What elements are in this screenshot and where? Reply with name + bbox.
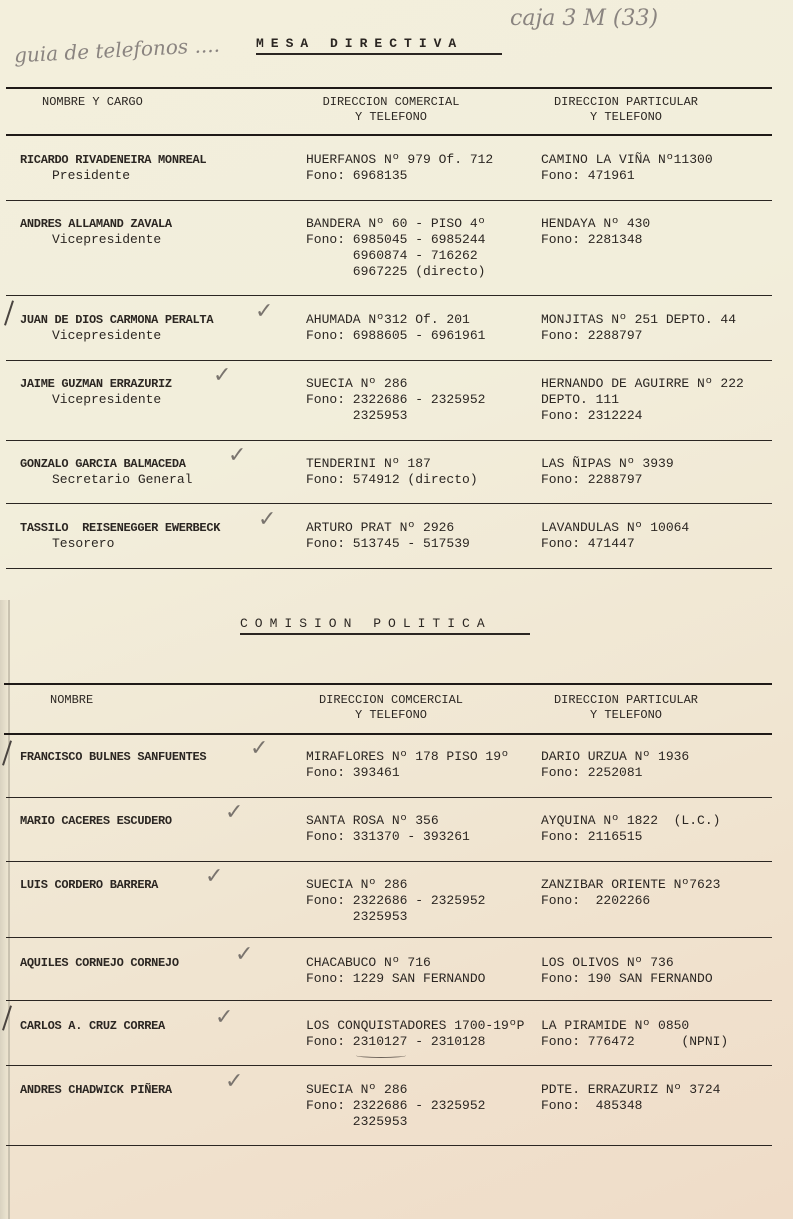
member-role: Vicepresidente [20,392,172,408]
member-name: LUIS CORDERO BARRERA [20,877,158,893]
handwritten-note-caja: caja 3 M (33) [510,6,658,31]
header-top-rule [6,87,772,89]
commercial-address: CHACABUCO Nº 716 Fono: 1229 SAN FERNANDO [306,955,485,987]
checkmark-icon: ✓ [225,805,243,821]
member-cell: MARIO CACERES ESCUDERO [20,813,172,829]
checkmark-icon: ✓ [250,741,268,757]
member-name: AQUILES CORNEJO CORNEJO [20,955,179,971]
header-private-comision: DIRECCION PARTICULAR Y TELEFONO [541,693,711,723]
checkmark-icon: ✓ [258,512,276,528]
member-name: FRANCISCO BULNES SANFUENTES [20,749,206,765]
member-role: Tesorero [20,536,220,552]
member-cell: ANDRES ALLAMAND ZAVALAVicepresidente [20,216,172,248]
commercial-address: SUECIA Nº 286 Fono: 2322686 - 2325952 23… [306,376,485,424]
member-cell: RICARDO RIVADENEIRA MONREALPresidente [20,152,206,184]
row-divider [6,1000,772,1001]
row-divider [6,861,772,862]
member-cell: JAIME GUZMAN ERRAZURIZVicepresidente [20,376,172,408]
member-role: Secretario General [20,472,192,488]
member-name: JAIME GUZMAN ERRAZURIZ [20,376,172,392]
private-address: HERNANDO DE AGUIRRE Nº 222 DEPTO. 111 Fo… [541,376,744,424]
commercial-address: LOS CONQUISTADORES 1700-19ºP Fono: 23101… [306,1018,524,1050]
row-divider [6,568,772,569]
checkmark-icon: ✓ [215,1010,233,1026]
checkmark-icon: ✓ [205,869,223,885]
member-name: TASSILO REISENEGGER EWERBECK [20,520,220,536]
commercial-address: SANTA ROSA Nº 356 Fono: 331370 - 393261 [306,813,470,845]
private-address: PDTE. ERRAZURIZ Nº 3724 Fono: 485348 [541,1082,720,1114]
private-address: LOS OLIVOS Nº 736 Fono: 190 SAN FERNANDO [541,955,713,987]
checkmark-icon: ✓ [228,448,246,464]
row-divider [6,295,772,296]
private-address: AYQUINA Nº 1822 (L.C.) Fono: 2116515 [541,813,720,845]
row-divider [6,1065,772,1066]
header-commercial-line1: DIRECCION COMERCIAL [306,95,476,110]
commercial-address: HUERFANOS Nº 979 Of. 712 Fono: 6968135 [306,152,493,184]
commercial-address: TENDERINI Nº 187 Fono: 574912 (directo) [306,456,478,488]
row-divider [6,440,772,441]
private-address: MONJITAS Nº 251 DEPTO. 44 Fono: 2288797 [541,312,736,344]
private-address: ZANZIBAR ORIENTE Nº7623 Fono: 2202266 [541,877,720,909]
header-top-rule-2 [4,683,772,685]
header-private-line2: Y TELEFONO [541,110,711,125]
header-commercial-line1: DIRECCION COMCERCIAL [306,693,476,708]
member-cell: CARLOS A. CRUZ CORREA [20,1018,165,1034]
section-title-mesa-directiva: MESA DIRECTIVA [256,36,502,55]
handwritten-note-guia: guia de telefonos .... [14,33,221,68]
member-role: Vicepresidente [20,328,213,344]
private-address: LA PIRAMIDE Nº 0850 Fono: 776472 (NPNI) [541,1018,728,1050]
member-role: Presidente [20,168,206,184]
checkmark-icon: ✓ [225,1074,243,1090]
margin-tick-icon [4,300,14,325]
commercial-address: SUECIA Nº 286 Fono: 2322686 - 2325952 23… [306,877,485,925]
private-address: LAS ÑIPAS Nº 3939 Fono: 2288797 [541,456,674,488]
row-divider [6,200,772,201]
row-divider [6,360,772,361]
header-private-line2: Y TELEFONO [541,708,711,723]
checkmark-icon: ✓ [235,947,253,963]
header-private-line1: DIRECCION PARTICULAR [541,693,711,708]
commercial-address: AHUMADA Nº312 Of. 201 Fono: 6988605 - 69… [306,312,485,344]
member-cell: GONZALO GARCIA BALMACEDASecretario Gener… [20,456,192,488]
section-title-comision-politica: COMISION POLITICA [240,616,530,635]
header-private-line1: DIRECCION PARTICULAR [541,95,711,110]
member-name: JUAN DE DIOS CARMONA PERALTA [20,312,213,328]
commercial-address: SUECIA Nº 286 Fono: 2322686 - 2325952 23… [306,1082,485,1130]
header-bottom-rule [6,134,772,136]
member-name: ANDRES ALLAMAND ZAVALA [20,216,172,232]
header-private-mesa: DIRECCION PARTICULAR Y TELEFONO [541,95,711,125]
header-name-comision: NOMBRE [50,693,93,708]
row-divider [6,937,772,938]
header-bottom-rule-2 [4,733,772,735]
commercial-address: BANDERA Nº 60 - PISO 4º Fono: 6985045 - … [306,216,485,280]
header-commercial-mesa: DIRECCION COMERCIAL Y TELEFONO [306,95,476,125]
member-cell: LUIS CORDERO BARRERA [20,877,158,893]
header-commercial-line2: Y TELEFONO [306,708,476,723]
member-name: GONZALO GARCIA BALMACEDA [20,456,192,472]
handwritten-underline [356,1053,406,1058]
checkmark-icon: ✓ [213,368,231,384]
member-name: CARLOS A. CRUZ CORREA [20,1018,165,1034]
private-address: HENDAYA Nº 430 Fono: 2281348 [541,216,650,248]
private-address: CAMINO LA VIÑA Nº11300 Fono: 471961 [541,152,713,184]
member-name: ANDRES CHADWICK PIÑERA [20,1082,172,1098]
header-commercial-comision: DIRECCION COMCERCIAL Y TELEFONO [306,693,476,723]
header-name-mesa: NOMBRE Y CARGO [42,95,143,110]
member-name: RICARDO RIVADENEIRA MONREAL [20,152,206,168]
member-role: Vicepresidente [20,232,172,248]
commercial-address: ARTURO PRAT Nº 2926 Fono: 513745 - 51753… [306,520,470,552]
member-cell: ANDRES CHADWICK PIÑERA [20,1082,172,1098]
member-cell: TASSILO REISENEGGER EWERBECKTesorero [20,520,220,552]
member-cell: AQUILES CORNEJO CORNEJO [20,955,179,971]
page-edge-line [8,600,10,1219]
row-divider [6,797,772,798]
member-cell: FRANCISCO BULNES SANFUENTES [20,749,206,765]
commercial-address: MIRAFLORES Nº 178 PISO 19º Fono: 393461 [306,749,509,781]
header-commercial-line2: Y TELEFONO [306,110,476,125]
checkmark-icon: ✓ [255,304,273,320]
row-divider [6,1145,772,1146]
member-cell: JUAN DE DIOS CARMONA PERALTAVicepresiden… [20,312,213,344]
private-address: LAVANDULAS Nº 10064 Fono: 471447 [541,520,689,552]
private-address: DARIO URZUA Nº 1936 Fono: 2252081 [541,749,689,781]
member-name: MARIO CACERES ESCUDERO [20,813,172,829]
row-divider [6,503,772,504]
